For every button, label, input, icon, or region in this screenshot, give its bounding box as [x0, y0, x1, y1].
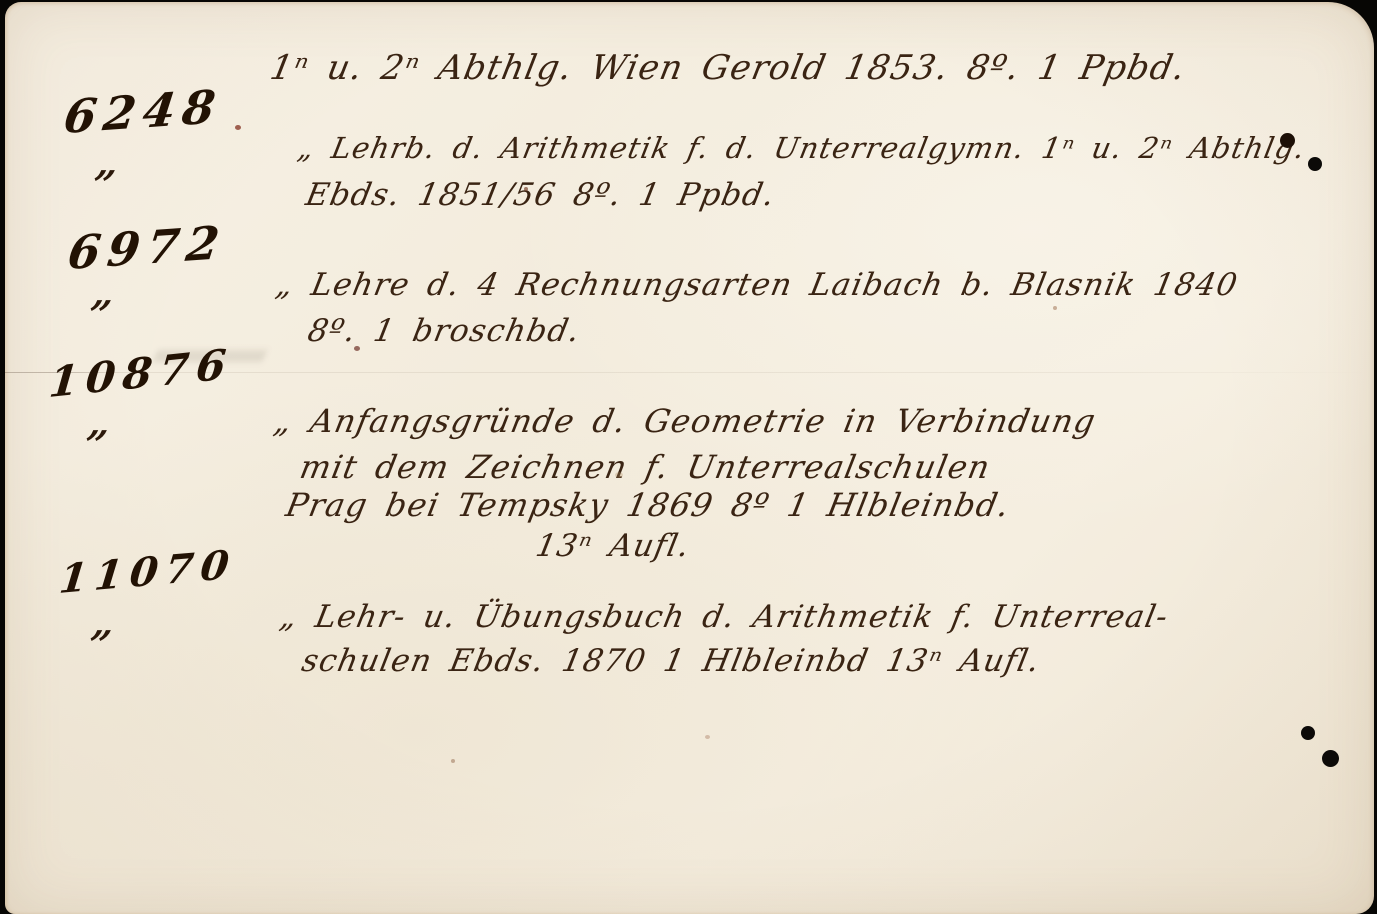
ink-dot	[1322, 750, 1339, 767]
header-line: 1ⁿ u. 2ⁿ Abthlg. Wien Gerold 1853. 8º. 1…	[267, 50, 1189, 87]
ink-dot	[1280, 133, 1295, 148]
entry-line: 13ⁿ Aufl.	[533, 529, 693, 563]
stain-speck	[705, 735, 710, 739]
stain-speck	[235, 125, 241, 130]
stain-speck	[524, 187, 528, 191]
entry-line: 8º. 1 broschbd.	[305, 314, 583, 348]
entry-number: 6972	[65, 217, 229, 278]
entry-number: 11070	[57, 543, 238, 602]
stain-speck	[615, 472, 623, 478]
entry-number: 6248	[61, 81, 225, 142]
entry-line: „ Lehre d. 4 Rechnungsarten Laibach b. B…	[273, 268, 1241, 302]
stain-speck	[354, 346, 360, 351]
ditto-mark: „	[89, 602, 120, 644]
entry-line: „ Lehrb. d. Arithmetik f. d. Unterrealgy…	[295, 133, 1308, 165]
entry-line: Prag bei Tempsky 1869 8º 1 Hlbleinbd.	[283, 488, 1013, 523]
ditto-mark: „	[89, 272, 120, 314]
entry-number: 10876	[47, 341, 235, 406]
entry-line: „ Anfangsgründe d. Geometrie in Verbindu…	[271, 404, 1099, 439]
entry-line: Ebds. 1851/56 8º. 1 Ppbd.	[303, 178, 778, 212]
ditto-mark: „	[93, 142, 124, 184]
stain-speck	[451, 759, 455, 763]
stain-speck	[1053, 306, 1057, 310]
ink-dot	[1308, 157, 1322, 171]
ditto-mark: „	[85, 402, 116, 444]
ink-dot	[1301, 726, 1315, 740]
entry-line: mit dem Zeichnen f. Unterrealschulen	[297, 450, 993, 485]
entry-line: schulen Ebds. 1870 1 Hlbleinbd 13ⁿ Aufl.	[299, 644, 1043, 678]
entry-line: „ Lehr- u. Übungsbuch d. Arithmetik f. U…	[277, 600, 1171, 634]
manuscript-paper: 1ⁿ u. 2ⁿ Abthlg. Wien Gerold 1853. 8º. 1…	[5, 2, 1374, 914]
